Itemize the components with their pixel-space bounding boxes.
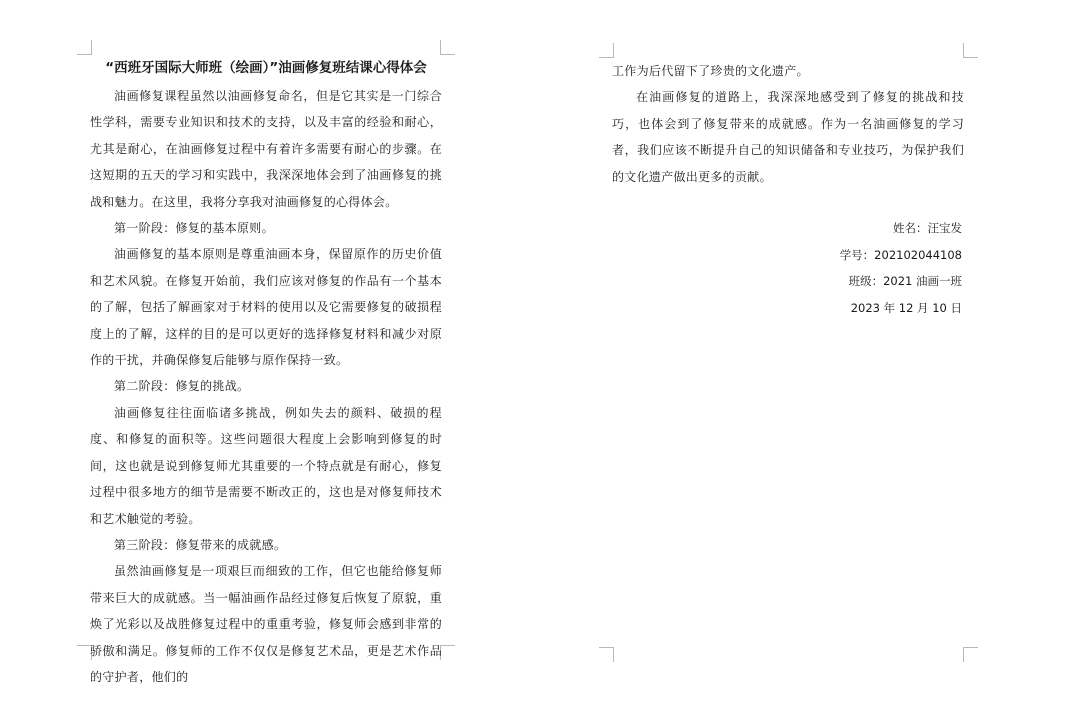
signature-block: 姓名：汪宝发 学号：202102044108 班级：2021 油画一班 2023…: [840, 215, 962, 321]
margin-corner-mark: [440, 645, 455, 660]
page-body: 工作为后代留下了珍贵的文化遗产。 在油画修复的道路上，我深深地感受到了修复的挑战…: [612, 58, 964, 190]
author-name: 姓名：汪宝发: [840, 215, 962, 242]
paragraph-section-2: 油画修复往往面临诸多挑战，例如失去的颜料、破损的程度、和修复的面积等。这些问题很…: [90, 400, 442, 532]
margin-corner-mark: [599, 647, 614, 662]
paragraph-continuation: 工作为后代留下了珍贵的文化遗产。: [612, 58, 964, 84]
class-name: 班级：2021 油画一班: [840, 268, 962, 295]
student-id: 学号：202102044108: [840, 242, 962, 269]
margin-corner-mark: [440, 40, 455, 55]
paragraph-intro: 油画修复课程虽然以油画修复命名，但是它其实是一门综合性学科，需要专业知识和技术的…: [90, 83, 442, 215]
page-left: “西班牙国际大师班（绘画）”油画修复班结课心得体会 油画修复课程虽然以油画修复命…: [0, 0, 540, 702]
page-body: “西班牙国际大师班（绘画）”油画修复班结课心得体会 油画修复课程虽然以油画修复命…: [90, 56, 442, 690]
margin-corner-mark: [963, 647, 978, 662]
margin-corner-mark: [963, 43, 978, 58]
margin-corner-mark: [77, 40, 92, 55]
section-heading-1: 第一阶段：修复的基本原则。: [90, 215, 442, 241]
paragraph-conclusion: 在油画修复的道路上，我深深地感受到了修复的挑战和技巧，也体会到了修复带来的成就感…: [612, 84, 964, 190]
page-right: 工作为后代留下了珍贵的文化遗产。 在油画修复的道路上，我深深地感受到了修复的挑战…: [540, 0, 1080, 702]
section-heading-3: 第三阶段：修复带来的成就感。: [90, 532, 442, 558]
paragraph-section-1: 油画修复的基本原则是尊重油画本身，保留原作的历史价值和艺术风貌。在修复开始前，我…: [90, 241, 442, 373]
document-date: 2023 年 12 月 10 日: [840, 295, 962, 322]
margin-corner-mark: [599, 43, 614, 58]
document-title: “西班牙国际大师班（绘画）”油画修复班结课心得体会: [90, 56, 442, 80]
section-heading-2: 第二阶段：修复的挑战。: [90, 373, 442, 399]
paragraph-section-3: 虽然油画修复是一项艰巨而细致的工作，但它也能给修复师带来巨大的成就感。当一幅油画…: [90, 558, 442, 690]
